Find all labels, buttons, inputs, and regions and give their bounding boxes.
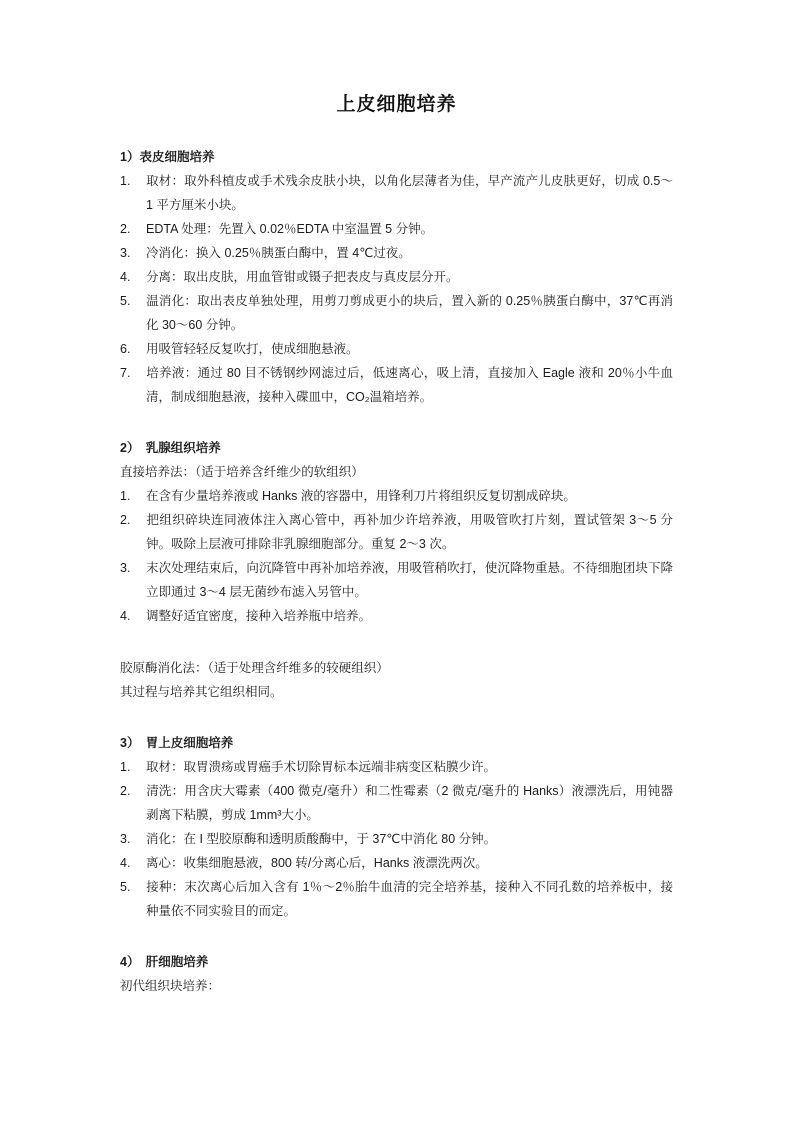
item-number: 4. bbox=[120, 851, 146, 875]
item-text: 取材：取外科植皮或手术残余皮肤小块，以角化层薄者为佳，早产流产儿皮肤更好，切成 … bbox=[146, 174, 673, 212]
numbered-item: 4.离心：收集细胞悬液，800 转/分离心后，Hanks 液漂洗两次。 bbox=[120, 851, 673, 875]
item-number: 4. bbox=[120, 265, 146, 289]
item-number: 2. bbox=[120, 508, 146, 532]
direct-culture-method-intro: 直接培养法：（适于培养含纤维少的软组织） bbox=[120, 460, 673, 484]
collagenase-method-note: 其过程与培养其它组织相同。 bbox=[120, 680, 673, 704]
item-text: 把组织碎块连同液体注入离心管中，再补加少许培养液，用吸管吹打片刻，置试管架 3～… bbox=[146, 513, 673, 551]
section-heading: 2） 乳腺组织培养 bbox=[120, 436, 673, 460]
numbered-item: 1.取材：取外科植皮或手术残余皮肤小块，以角化层薄者为佳，早产流产儿皮肤更好，切… bbox=[120, 169, 673, 217]
numbered-item: 4.分离：取出皮肤，用血管钳或镊子把表皮与真皮层分开。 bbox=[120, 265, 673, 289]
item-text: 温消化：取出表皮单独处理，用剪刀剪成更小的块后，置入新的 0.25％胰蛋白酶中，… bbox=[146, 294, 673, 332]
numbered-item: 3.末次处理结束后，向沉降管中再补加培养液，用吸管稍吹打，使沉降物重悬。不待细胞… bbox=[120, 556, 673, 604]
item-number: 5. bbox=[120, 875, 146, 899]
section-mammary-tissue-culture: 2） 乳腺组织培养 直接培养法：（适于培养含纤维少的软组织） 1.在含有少量培养… bbox=[120, 436, 673, 704]
item-text: 用吸管轻轻反复吹打，使成细胞悬液。 bbox=[146, 342, 359, 356]
item-text: 清洗：用含庆大霉素（400 微克/毫升）和二性霉素（2 微克/毫升的 Hanks… bbox=[146, 784, 673, 822]
numbered-item: 2.清洗：用含庆大霉素（400 微克/毫升）和二性霉素（2 微克/毫升的 Han… bbox=[120, 779, 673, 827]
numbered-item: 3.消化：在 I 型胶原酶和透明质酸酶中，于 37℃中消化 80 分钟。 bbox=[120, 827, 673, 851]
item-text: 离心：收集细胞悬液，800 转/分离心后，Hanks 液漂洗两次。 bbox=[146, 856, 488, 870]
document-page: 上皮细胞培养 1）表皮细胞培养 1.取材：取外科植皮或手术残余皮肤小块，以角化层… bbox=[0, 0, 793, 1122]
item-number: 3. bbox=[120, 827, 146, 851]
item-number: 1. bbox=[120, 169, 146, 193]
item-number: 1. bbox=[120, 755, 146, 779]
collagenase-method-title: 胶原酶消化法：（适于处理含纤维多的较硬组织） bbox=[120, 656, 673, 680]
item-text: EDTA 处理：先置入 0.02％EDTA 中室温置 5 分钟。 bbox=[146, 222, 433, 236]
primary-tissue-block-culture-label: 初代组织块培养： bbox=[120, 974, 673, 998]
document-content: 上皮细胞培养 1）表皮细胞培养 1.取材：取外科植皮或手术残余皮肤小块，以角化层… bbox=[120, 0, 673, 998]
numbered-item: 2.EDTA 处理：先置入 0.02％EDTA 中室温置 5 分钟。 bbox=[120, 217, 673, 241]
item-number: 1. bbox=[120, 484, 146, 508]
document-title: 上皮细胞培养 bbox=[120, 0, 673, 118]
collagenase-digestion-method-block: 胶原酶消化法：（适于处理含纤维多的较硬组织） 其过程与培养其它组织相同。 bbox=[120, 656, 673, 704]
numbered-item: 3.冷消化：换入 0.25％胰蛋白酶中，置 4℃过夜。 bbox=[120, 241, 673, 265]
item-number: 2. bbox=[120, 779, 146, 803]
item-text: 培养液：通过 80 目不锈钢纱网滤过后，低速离心，吸上清，直接加入 Eagle … bbox=[146, 366, 673, 404]
section-heading: 3） 胃上皮细胞培养 bbox=[120, 731, 673, 755]
item-text: 末次处理结束后，向沉降管中再补加培养液，用吸管稍吹打，使沉降物重悬。不待细胞团块… bbox=[146, 561, 673, 599]
item-text: 在含有少量培养液或 Hanks 液的容器中，用锋利刀片将组织反复切割成碎块。 bbox=[146, 489, 576, 503]
item-text: 消化：在 I 型胶原酶和透明质酸酶中，于 37℃中消化 80 分钟。 bbox=[146, 832, 496, 846]
section-heading: 4） 肝细胞培养 bbox=[120, 950, 673, 974]
numbered-item: 5.温消化：取出表皮单独处理，用剪刀剪成更小的块后，置入新的 0.25％胰蛋白酶… bbox=[120, 289, 673, 337]
item-number: 2. bbox=[120, 217, 146, 241]
item-number: 3. bbox=[120, 241, 146, 265]
item-text: 接种：末次离心后加入含有 1％～2％胎牛血清的完全培养基，接种入不同孔数的培养板… bbox=[146, 880, 673, 918]
item-number: 3. bbox=[120, 556, 146, 580]
item-text: 冷消化：换入 0.25％胰蛋白酶中，置 4℃过夜。 bbox=[146, 246, 411, 260]
numbered-item: 1.在含有少量培养液或 Hanks 液的容器中，用锋利刀片将组织反复切割成碎块。 bbox=[120, 484, 673, 508]
section-heading: 1）表皮细胞培养 bbox=[120, 145, 673, 169]
numbered-item: 5.接种：末次离心后加入含有 1％～2％胎牛血清的完全培养基，接种入不同孔数的培… bbox=[120, 875, 673, 923]
numbered-item: 1.取材：取胃溃疡或胃癌手术切除胃标本远端非病变区粘膜少许。 bbox=[120, 755, 673, 779]
item-number: 6. bbox=[120, 337, 146, 361]
item-text: 调整好适宜密度，接种入培养瓶中培养。 bbox=[146, 609, 371, 623]
numbered-item: 2.把组织碎块连同液体注入离心管中，再补加少许培养液，用吸管吹打片刻，置试管架 … bbox=[120, 508, 673, 556]
section-gastric-epithelial-culture: 3） 胃上皮细胞培养 1.取材：取胃溃疡或胃癌手术切除胃标本远端非病变区粘膜少许… bbox=[120, 731, 673, 923]
numbered-item: 4.调整好适宜密度，接种入培养瓶中培养。 bbox=[120, 604, 673, 628]
item-number: 4. bbox=[120, 604, 146, 628]
item-text: 分离：取出皮肤，用血管钳或镊子把表皮与真皮层分开。 bbox=[146, 270, 459, 284]
item-number: 5. bbox=[120, 289, 146, 313]
numbered-item: 7.培养液：通过 80 目不锈钢纱网滤过后，低速离心，吸上清，直接加入 Eagl… bbox=[120, 361, 673, 409]
item-text: 取材：取胃溃疡或胃癌手术切除胃标本远端非病变区粘膜少许。 bbox=[146, 760, 496, 774]
item-number: 7. bbox=[120, 361, 146, 385]
numbered-item: 6.用吸管轻轻反复吹打，使成细胞悬液。 bbox=[120, 337, 673, 361]
section-epidermal-cell-culture: 1）表皮细胞培养 1.取材：取外科植皮或手术残余皮肤小块，以角化层薄者为佳，早产… bbox=[120, 145, 673, 409]
section-hepatocyte-culture: 4） 肝细胞培养 初代组织块培养： bbox=[120, 950, 673, 998]
